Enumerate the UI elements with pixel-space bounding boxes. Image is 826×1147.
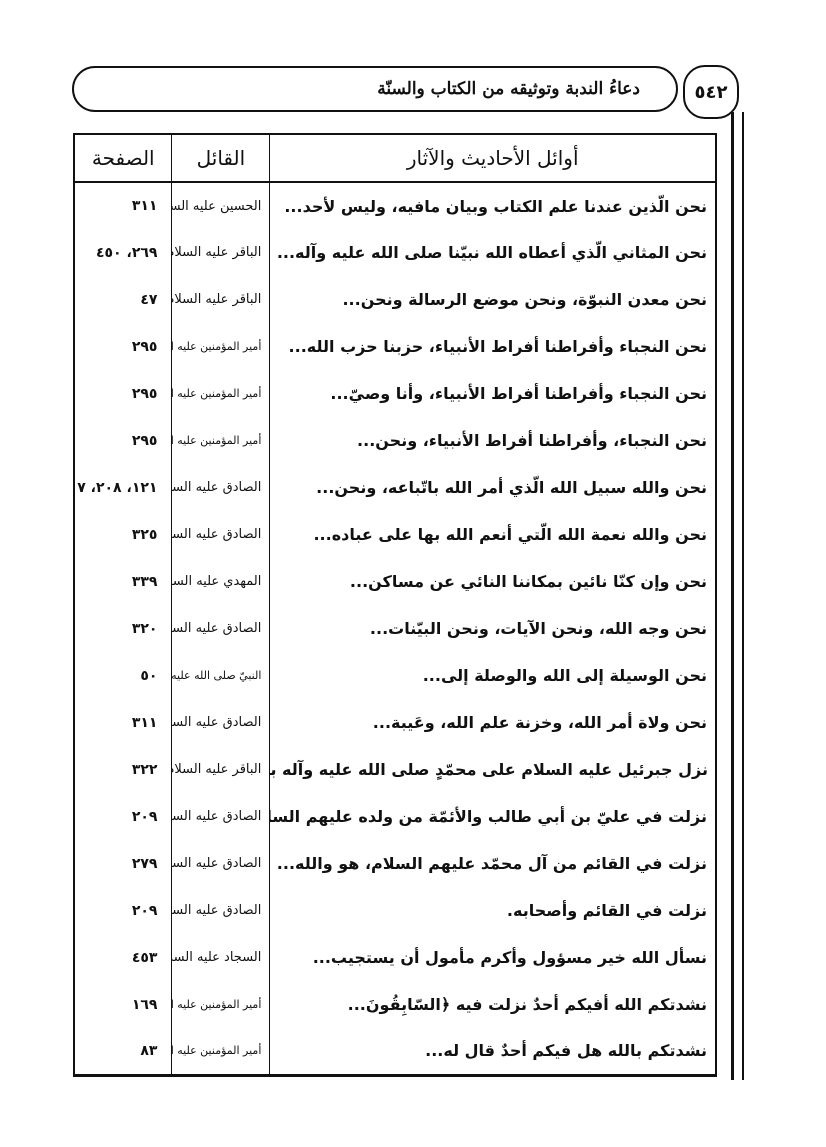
column-header-speaker: القائل: [172, 134, 270, 182]
hadith-text: نحن والله سبيل الله الّذي أمر الله باتّب…: [270, 464, 716, 511]
running-head: دعاءُ الندبة وتوثيقه من الكتاب والسنّة: [72, 66, 678, 112]
speaker: أمير المؤمنين عليه السلام: [172, 417, 270, 464]
column-header-text: أوائل الأحاديث والآثار: [270, 134, 716, 182]
speaker: الصادق عليه السلام: [172, 699, 270, 746]
page-ref: ٢٧٩: [74, 840, 172, 887]
speaker: الباقر عليه السلام: [172, 276, 270, 323]
table-row: نحن الّذين عندنا علم الكتاب وبيان مافيه،…: [74, 182, 716, 229]
speaker: الصادق عليه السلام: [172, 840, 270, 887]
page-ref: ٢٩٥: [74, 417, 172, 464]
table-row: نشدتكم الله أفيكم أحدٌ نزلت فيه ﴿السّابِ…: [74, 981, 716, 1028]
page-ref: ٣١١: [74, 699, 172, 746]
hadith-text: نحن وجه الله، ونحن الآيات، ونحن البيّنات…: [270, 605, 716, 652]
margin-rule: [731, 112, 734, 1080]
hadith-text: نحن الوسيلة إلى الله والوصلة إلى...: [270, 652, 716, 699]
speaker: الصادق عليه السلام: [172, 887, 270, 934]
page-ref: ٢٩٥: [74, 323, 172, 370]
table-row: نزلت في القائم وأصحابه. الصادق عليه السل…: [74, 887, 716, 934]
speaker: أمير المؤمنين عليه السلام: [172, 370, 270, 417]
hadith-text: نحن النجباء، وأفراطنا أفراط الأنبياء، ون…: [270, 417, 716, 464]
table-row: نحن المثاني الّذي أعطاه الله نبيّنا صلى …: [74, 229, 716, 276]
page-ref: ٢٩٥: [74, 370, 172, 417]
speaker: الحسين عليه السلام: [172, 182, 270, 229]
table-row: نحن النجباء وأفراطنا أفراط الأنبياء، وأن…: [74, 370, 716, 417]
page-ref: ٣٣٩: [74, 558, 172, 605]
hadith-text: نحن وإن كنّا نائين بمكاننا النائي عن مسا…: [270, 558, 716, 605]
column-header-page: الصفحة: [74, 134, 172, 182]
speaker: الصادق عليه السلام: [172, 511, 270, 558]
table-row: نحن النجباء، وأفراطنا أفراط الأنبياء، ون…: [74, 417, 716, 464]
table-row: نزل جبرئيل عليه السلام على محمّدٍ صلى ال…: [74, 746, 716, 793]
page-ref: ١٦٩: [74, 981, 172, 1028]
hadith-text: نحن والله نعمة الله الّتي أنعم الله بها …: [270, 511, 716, 558]
page-number: ٥٤٢: [683, 65, 739, 119]
page-ref: ٨٣: [74, 1028, 172, 1075]
speaker: الصادق عليه السلام: [172, 605, 270, 652]
page-ref: ٣١١: [74, 182, 172, 229]
hadith-text: نشدتكم بالله هل فيكم أحدٌ قال له...: [270, 1028, 716, 1075]
page-ref: ١٢١، ٢٠٨، ٣١٧: [74, 464, 172, 511]
hadith-text: نحن المثاني الّذي أعطاه الله نبيّنا صلى …: [270, 229, 716, 276]
page-ref: ٢٠٩: [74, 887, 172, 934]
hadith-text: نزلت في القائم من آل محمّد عليهم السلام،…: [270, 840, 716, 887]
speaker: أمير المؤمنين عليه السلام: [172, 1028, 270, 1075]
page-ref: ٣٢٠: [74, 605, 172, 652]
hadith-text: نحن الّذين عندنا علم الكتاب وبيان مافيه،…: [270, 182, 716, 229]
table-row: نشدتكم بالله هل فيكم أحدٌ قال له... أمير…: [74, 1028, 716, 1075]
speaker: السجاد عليه السلام: [172, 934, 270, 981]
table-row: نسأل الله خير مسؤول وأكرم مأمول أن يستجي…: [74, 934, 716, 981]
table-row: نحن والله سبيل الله الّذي أمر الله باتّب…: [74, 464, 716, 511]
hadith-text: نزلت في القائم وأصحابه.: [270, 887, 716, 934]
page-ref: ٤٧: [74, 276, 172, 323]
table-row: نحن والله نعمة الله الّتي أنعم الله بها …: [74, 511, 716, 558]
hadith-text: نزل جبرئيل عليه السلام على محمّدٍ صلى ال…: [270, 746, 716, 793]
speaker: الباقر عليه السلام: [172, 229, 270, 276]
running-head-title: دعاءُ الندبة وتوثيقه من الكتاب والسنّة: [377, 79, 640, 99]
page-ref: ٢٦٩، ٤٥٠: [74, 229, 172, 276]
table-row: نحن وجه الله، ونحن الآيات، ونحن البيّنات…: [74, 605, 716, 652]
table-row: نحن النجباء وأفراطنا أفراط الأنبياء، حزب…: [74, 323, 716, 370]
page-ref: ٢٠٩: [74, 793, 172, 840]
hadith-text: نحن النجباء وأفراطنا أفراط الأنبياء، وأن…: [270, 370, 716, 417]
margin-rule: [742, 112, 744, 1080]
speaker: النبيّ صلى الله عليه وآله: [172, 652, 270, 699]
hadith-text: نحن ولاة أمر الله، وخزنة علم الله، وعَيب…: [270, 699, 716, 746]
hadith-index-table: أوائل الأحاديث والآثار القائل الصفحة نحن…: [73, 133, 717, 1077]
speaker: الصادق عليه السلام: [172, 793, 270, 840]
hadith-text: نحن النجباء وأفراطنا أفراط الأنبياء، حزب…: [270, 323, 716, 370]
table-row: نزلت في عليّ بن أبي طالب والأئمّة من ولد…: [74, 793, 716, 840]
page-ref: ٤٥٣: [74, 934, 172, 981]
table-row: نحن معدن النبوّة، ونحن موضع الرسالة ونحن…: [74, 276, 716, 323]
speaker: أمير المؤمنين عليه السلام: [172, 981, 270, 1028]
speaker: الصادق عليه السلام: [172, 464, 270, 511]
hadith-text: نزلت في عليّ بن أبي طالب والأئمّة من ولد…: [270, 793, 716, 840]
hadith-text: نشدتكم الله أفيكم أحدٌ نزلت فيه ﴿السّابِ…: [270, 981, 716, 1028]
table-header-row: أوائل الأحاديث والآثار القائل الصفحة: [74, 134, 716, 182]
page-ref: ٥٠: [74, 652, 172, 699]
page-ref: ٣٢٥: [74, 511, 172, 558]
hadith-text: نسأل الله خير مسؤول وأكرم مأمول أن يستجي…: [270, 934, 716, 981]
speaker: المهدي عليه السلام: [172, 558, 270, 605]
speaker: الباقر عليه السلام: [172, 746, 270, 793]
page-ref: ٣٢٢: [74, 746, 172, 793]
hadith-text: نحن معدن النبوّة، ونحن موضع الرسالة ونحن…: [270, 276, 716, 323]
speaker: أمير المؤمنين عليه السلام: [172, 323, 270, 370]
table-row: نحن الوسيلة إلى الله والوصلة إلى... النب…: [74, 652, 716, 699]
table-row: نزلت في القائم من آل محمّد عليهم السلام،…: [74, 840, 716, 887]
table-row: نحن وإن كنّا نائين بمكاننا النائي عن مسا…: [74, 558, 716, 605]
table-row: نحن ولاة أمر الله، وخزنة علم الله، وعَيب…: [74, 699, 716, 746]
